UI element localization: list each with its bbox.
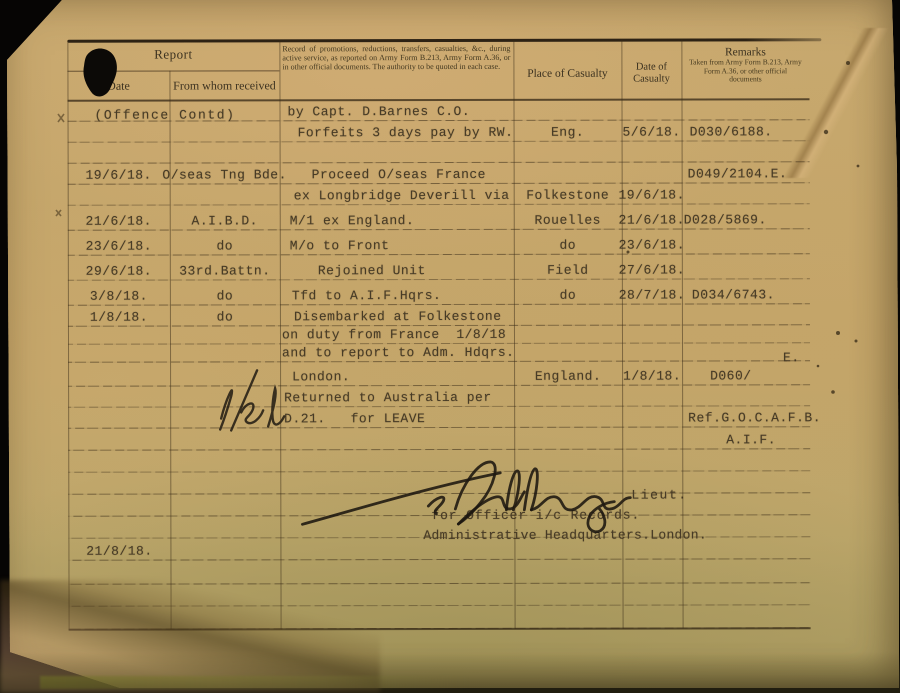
table-row: 1/8/18.doDisembarked at Folkestone [0, 304, 900, 327]
offence-continued-note: (Offence Contd) [95, 108, 236, 121]
cell-casualty_date: 5/6/18. [622, 126, 682, 139]
cell-place: Rouelles [514, 214, 622, 227]
cell-place: England. [514, 370, 622, 383]
table-body: by Capt. D.Barnes C.O.Forfeits 3 days pa… [0, 0, 899, 1]
cell-record: Disembarked at Folkestone [280, 310, 528, 324]
table-row [0, 141, 900, 164]
cell-record: M/o to Front [280, 239, 524, 253]
place-of-casualty-column-header: Place of Casualty [513, 68, 621, 80]
cell-from: O/seas Tng Bde. [170, 168, 280, 181]
cell-from: do [170, 289, 280, 302]
table-row: D.21. for LEAVERef.G.O.C.A.F.B. [0, 406, 900, 429]
record-column-header: Record of promotions, reductions, transf… [282, 44, 510, 71]
table-top-border [67, 38, 821, 43]
cell-casualty_date: 1/8/18. [622, 370, 682, 383]
cell-record: D.21. for LEAVE [280, 412, 518, 425]
cell-record: Proceed O/seas France [280, 168, 546, 182]
table-row: London.England.1/8/18.D060/ [0, 361, 900, 387]
cell-date: 1/8/18. [68, 311, 170, 324]
table-row: 21/6/18.A.I.B.D.M/1 ex England.Rouelles2… [0, 204, 900, 231]
cell-place: Folkestone [514, 189, 622, 202]
table-row: on duty from France 1/8/18 [0, 325, 900, 345]
cell-place: Field [514, 264, 622, 277]
cell-record: Rejoined Unit [280, 264, 552, 278]
table-row: 23/6/18.doM/o to Frontdo23/6/18. [0, 229, 900, 256]
cell-date: 23/6/18. [68, 240, 170, 253]
cell-record: Returned to Australia per [280, 391, 518, 404]
cell-casualty_date: 28/7/18. [622, 289, 682, 302]
table-row: Forfeits 3 days pay by RW.Eng.5/6/18.D03… [0, 120, 900, 143]
cell-remarks: D034/6743. [682, 288, 820, 301]
signature-rank: Lieut. [631, 489, 687, 502]
cell-record: Tfd to A.I.F.Hqrs. [280, 289, 526, 303]
cell-casualty_date: 27/6/18. [622, 264, 682, 277]
table-row [0, 449, 900, 473]
cell-remarks: A.I.F. [682, 433, 854, 446]
scanned-document: Report Date From whom received Record of… [0, 0, 900, 693]
cell-record: ex Longbridge Deverill via [280, 189, 528, 203]
cell-remarks: D028/5869. [682, 213, 812, 226]
cell-casualty_date: 21/6/18. [622, 214, 682, 227]
bottom-shadow [0, 652, 900, 693]
date-column-header: Date [67, 79, 169, 94]
cell-place: do [514, 239, 622, 252]
table-row: A.I.F. [0, 427, 900, 451]
table-row: Returned to Australia per [0, 385, 900, 408]
cell-remarks: Ref.G.O.C.A.F.B. [682, 411, 816, 424]
signature-for-line: for Officer i/c Records. [431, 509, 640, 522]
cell-remarks: D060/ [682, 369, 838, 382]
date-of-casualty-column-header: Date of Casualty [624, 62, 678, 85]
cell-from: do [170, 239, 280, 252]
table-row: 29/6/18.33rd.Battn.Rejoined UnitField27/… [0, 254, 900, 281]
cell-remarks: D030/6188. [682, 125, 818, 138]
table-row: and to report to Adm. Hdqrs. [0, 343, 900, 363]
cell-date: 21/6/18. [68, 215, 170, 228]
cell-record: Forfeits 3 days pay by RW. [280, 126, 532, 140]
table-row: 19/6/18.O/seas Tng Bde.Proceed O/seas Fr… [0, 162, 900, 185]
table-row [0, 471, 900, 495]
from-whom-column-header: From whom received [169, 78, 279, 93]
table-row: ex Longbridge Deverill viaFolkestone19/6… [0, 183, 900, 206]
cell-date: 29/6/18. [68, 265, 170, 278]
cell-record: and to report to Adm. Hdqrs. [280, 346, 516, 359]
cell-date: 21/8/18. [68, 545, 170, 558]
signature-admin-line: Administrative Headquarters.London. [423, 528, 707, 542]
cell-place: Eng. [514, 126, 622, 139]
report-header-divider [67, 70, 279, 71]
cell-date: 19/6/18. [68, 169, 170, 182]
cell-record: London. [280, 370, 526, 384]
cell-record: on duty from France 1/8/18 [280, 328, 516, 341]
cell-date: 3/8/18. [68, 290, 170, 303]
cell-from: 33rd.Battn. [170, 264, 280, 277]
cell-from: do [170, 310, 280, 323]
cell-remarks: D049/2104.E. [682, 167, 816, 180]
cell-record: by Capt. D.Barnes C.O. [280, 105, 522, 119]
remarks-d060-suffix: E. [783, 351, 800, 364]
cell-record: M/1 ex England. [280, 214, 524, 228]
report-header: Report [67, 46, 279, 62]
remarks-column-subheader: Taken from Army Form B.213, Army Form A.… [687, 58, 803, 84]
cell-place: do [514, 289, 622, 302]
cell-from: A.I.B.D. [170, 214, 280, 227]
cell-casualty_date: 19/6/18. [622, 189, 682, 202]
table-row: 3/8/18.doTfd to A.I.F.Hqrs.do28/7/18.D03… [0, 279, 900, 306]
cell-casualty_date: 23/6/18. [622, 239, 682, 252]
